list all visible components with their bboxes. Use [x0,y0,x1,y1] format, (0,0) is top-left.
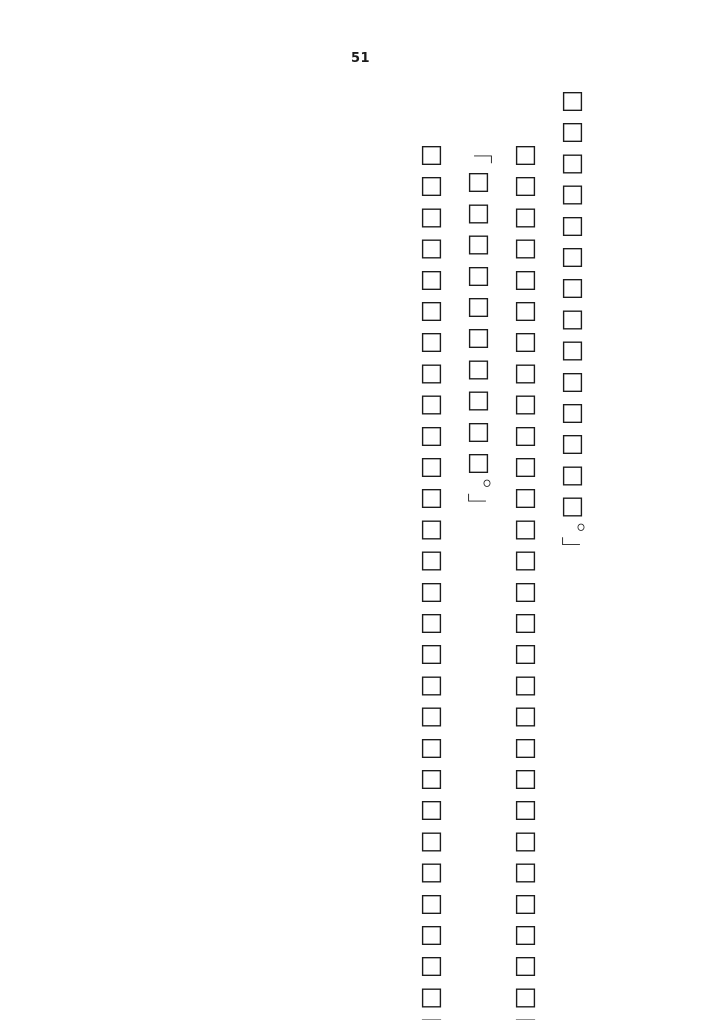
vertical-text-block: □□□□□□□□□□□□□□。」 □□□□□□□□□□□□□□□□□□□□□□□… [126,85,596,931]
page-number: 51 [0,51,721,66]
paragraph: 「□□□□□□□□□□。」 [455,85,502,931]
paragraph: □□□□□□□□□□□□□□。」 [549,85,596,931]
paragraph: □□□□□□□□□□□□□□□□□□□□□□□□□□□□□□□□□□□□□□□□… [408,85,455,931]
paragraph: □□□□□□□□□□□□□□□□□□□□□□□□□□□□□□□□□□□□□□□□… [502,85,549,931]
book-page: 51 □□□□□□□□□□□□□□。」 □□□□□□□□□□□□□□□□□□□□… [0,0,721,1020]
